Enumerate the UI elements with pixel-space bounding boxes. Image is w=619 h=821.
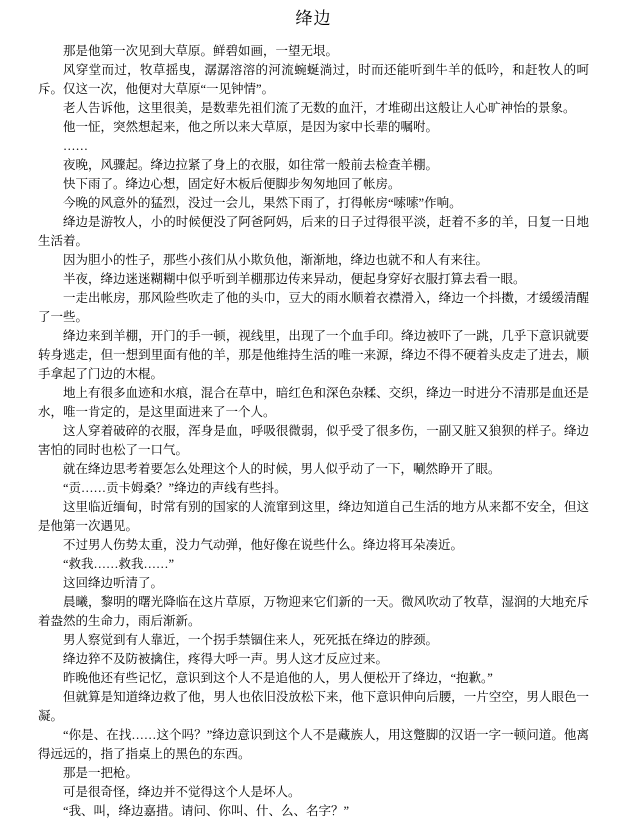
story-paragraph: 一走出帐房，那风险些吹走了他的头巾，豆大的雨水顺着衣襟滑入，绛边一个抖擞，才缓缓… [38,289,589,327]
story-paragraph: 老人告诉他，这里很美，是数辈先祖们流了无数的血汗，才堆砌出这般让人心旷神怡的景象… [38,99,589,118]
story-paragraph: 就在绛边思考着要怎么处理这个人的时候，男人似乎动了一下，唰然睁开了眼。 [38,460,589,479]
story-paragraph: “你是、在找……这个吗？”绛边意识到这个人不是藏族人，用这蹩脚的汉语一字一顿问道… [38,726,589,764]
story-paragraph: 但就算是知道绛边救了他，男人也依旧没放松下来，他下意识伸向后腰，一片空空，男人眼… [38,688,589,726]
document-page: 绛边 那是他第一次见到大草原。鲜碧如画，一望无垠。风穿堂而过，牧草摇曳，潺潺溶溶… [0,0,619,821]
story-paragraph: 绛边是游牧人，小的时候便没了阿爸阿妈，后来的日子过得很平淡，赶着不多的羊，日复一… [38,213,589,251]
story-paragraph: “救我……救我……” [38,555,589,574]
story-body: 那是他第一次见到大草原。鲜碧如画，一望无垠。风穿堂而过，牧草摇曳，潺潺溶溶的河流… [38,42,589,821]
story-paragraph: 今晚的风意外的猛烈，没过一会儿，果然下雨了，打得帐房“嗦嗦”作响。 [38,194,589,213]
story-paragraph: 晨曦，黎明的曙光降临在这片草原，万物迎来它们新的一天。微风吹动了牧草，湿润的大地… [38,593,589,631]
story-paragraph: …… [38,137,589,156]
story-paragraph: 半夜，绛边迷迷糊糊中似乎听到羊棚那边传来异动，便起身穿好衣服打算去看一眼。 [38,270,589,289]
story-paragraph: 地上有很多血迹和水痕，混合在草中，暗红色和深色杂糅、交织，绛边一时进分不清那是血… [38,384,589,422]
story-paragraph: “我、叫，绛边嘉措。请问、你叫、什、么、名字？” [38,802,589,821]
story-paragraph: 昨晚他还有些记忆，意识到这个人不是追他的人，男人便松开了绛边，“抱歉。” [38,669,589,688]
page-title: 绛边 [38,7,589,31]
story-paragraph: 绛边来到羊棚，开门的手一顿，视线里，出现了一个血手印。绛边被吓了一跳，几乎下意识… [38,327,589,384]
story-paragraph: 绛边猝不及防被擒住，疼得大呼一声。男人这才反应过来。 [38,650,589,669]
story-paragraph: “贡……贡卡姆桑？”绛边的声线有些抖。 [38,479,589,498]
story-paragraph: 他一怔，突然想起来，他之所以来大草原，是因为家中长辈的嘱咐。 [38,118,589,137]
story-paragraph: 这回绛边听清了。 [38,574,589,593]
story-paragraph: 因为胆小的性子，那些小孩们从小欺负他，渐渐地，绛边也就不和人有来往。 [38,251,589,270]
story-paragraph: 风穿堂而过，牧草摇曳，潺潺溶溶的河流蜿蜒淌过，时而还能听到牛羊的低吟，和赶牧人的… [38,61,589,99]
story-paragraph: 那是他第一次见到大草原。鲜碧如画，一望无垠。 [38,42,589,61]
story-paragraph: 这里临近缅甸，时常有别的国家的人流窜到这里，绛边知道自己生活的地方从来都不安全，… [38,498,589,536]
story-paragraph: 可是很奇怪，绛边并不觉得这个人是坏人。 [38,783,589,802]
story-paragraph: 那是一把枪。 [38,764,589,783]
story-paragraph: 夜晚，风骤起。绛边拉紧了身上的衣服，如往常一般前去检查羊棚。 [38,156,589,175]
story-paragraph: 不过男人伤势太重，没力气动弹，他好像在说些什么。绛边将耳朵凑近。 [38,536,589,555]
story-paragraph: 男人察觉到有人靠近，一个拐手禁锢住来人，死死抵在绛边的脖颈。 [38,631,589,650]
story-paragraph: 快下雨了。绛边心想，固定好木板后便脚步匆匆地回了帐房。 [38,175,589,194]
story-paragraph: 这人穿着破碎的衣服，浑身是血，呼吸很微弱，似乎受了很多伤，一副又脏又狼狈的样子。… [38,422,589,460]
